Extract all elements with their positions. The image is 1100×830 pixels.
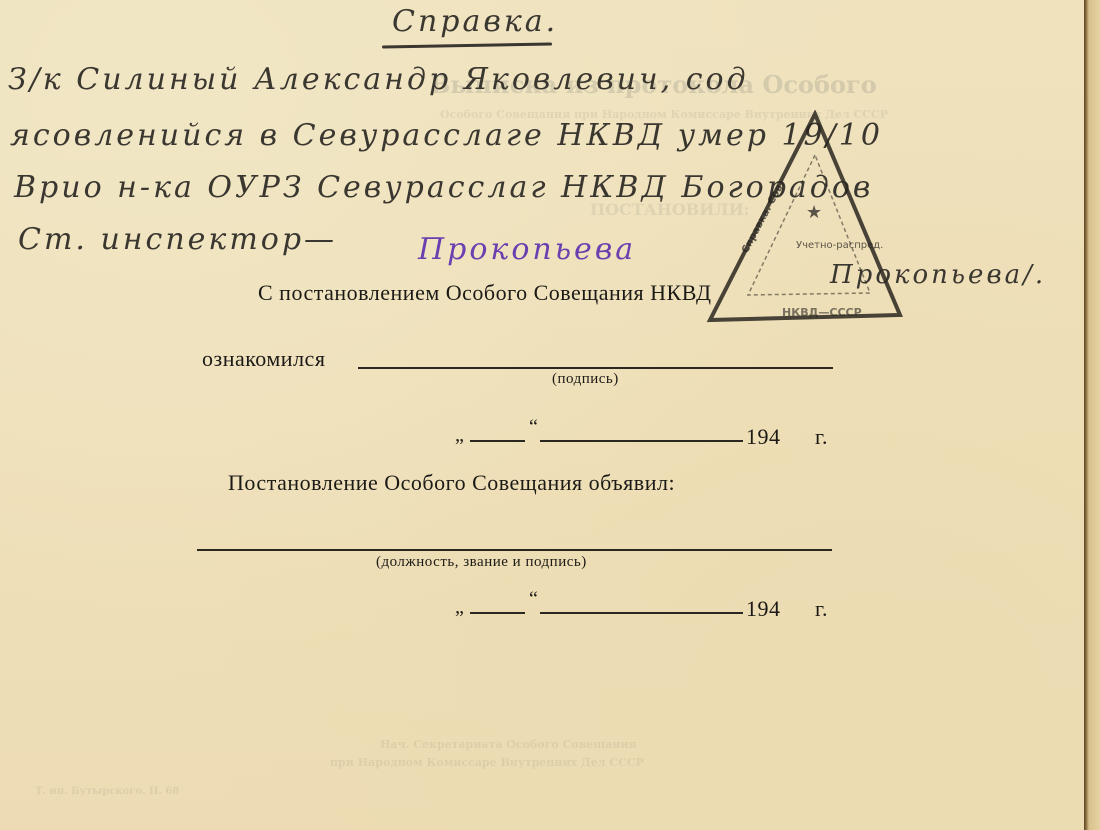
stamp-star-icon: ★: [806, 202, 822, 223]
date-open-quote-2: „: [455, 596, 464, 619]
handwritten-line-4-prefix: Ст. инспектор—: [18, 222, 337, 257]
acquainted-signature-line[interactable]: [358, 367, 833, 369]
date-close-quote-1: “: [529, 416, 538, 439]
acquainted-label: ознакомился: [202, 346, 325, 372]
date-day-line-2[interactable]: [470, 612, 525, 614]
announcer-signature-line[interactable]: [197, 549, 832, 551]
title-underline: [382, 43, 552, 49]
position-caption: (должность, звание и подпись): [376, 554, 587, 571]
date-day-line-1[interactable]: [470, 440, 525, 442]
document-page: Выписка из протокола Особого Особого Сов…: [0, 0, 1084, 830]
signature-caption: (подпись): [552, 371, 619, 388]
handwritten-line-1: З/к Силиный Александр Яковлевич, сод: [8, 62, 749, 97]
violet-signature: Прокопьева: [418, 232, 636, 267]
year-prefix-1: 194: [746, 424, 781, 450]
year-suffix-2: г.: [815, 596, 828, 622]
bleed-footer-line1: Нач. Секретариата Особого Совещания: [380, 738, 637, 751]
date-open-quote-1: „: [455, 424, 464, 447]
intro-text: С постановлением Особого Совещания НКВД: [258, 280, 712, 306]
bleed-footer-line2: при Народном Комиссаре Внутренних Дел СС…: [330, 756, 644, 769]
page-fold-edge: [1084, 0, 1100, 830]
date-month-line-1[interactable]: [540, 440, 743, 442]
year-suffix-1: г.: [815, 424, 828, 450]
bleed-printer-note: Т. ип. Бутырского. П. 68: [35, 786, 179, 797]
date-month-line-2[interactable]: [540, 612, 743, 614]
stamp-bottom-text: НКВД—СССР: [782, 306, 862, 319]
announced-label: Постановление Особого Совещания объявил:: [228, 470, 675, 496]
handwritten-title: Справка.: [392, 4, 558, 39]
stamp-center-text: Учетно-распред.: [796, 240, 883, 251]
date-close-quote-2: “: [529, 588, 538, 611]
triangle-stamp: ★ Справка. Сов. Учетно-распред. НКВД—ССС…: [700, 110, 910, 340]
year-prefix-2: 194: [746, 596, 781, 622]
